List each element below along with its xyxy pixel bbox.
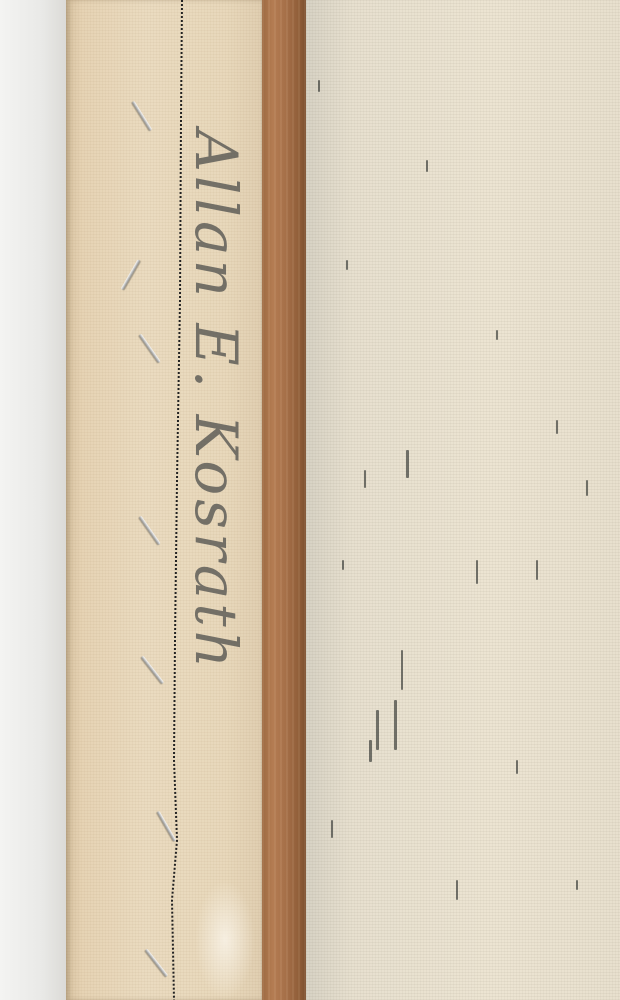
signature-text: Allan E. Kosrath bbox=[182, 130, 250, 672]
pencil-signature: Allan E. Kosrath bbox=[150, 130, 270, 810]
canvas-painted-surface bbox=[306, 0, 620, 1000]
white-wall-background bbox=[0, 0, 70, 1000]
wooden-stretcher-bar bbox=[262, 0, 306, 1000]
photo-scene: Allan E. Kosrath bbox=[0, 0, 620, 1000]
pale-stain bbox=[195, 880, 255, 1000]
